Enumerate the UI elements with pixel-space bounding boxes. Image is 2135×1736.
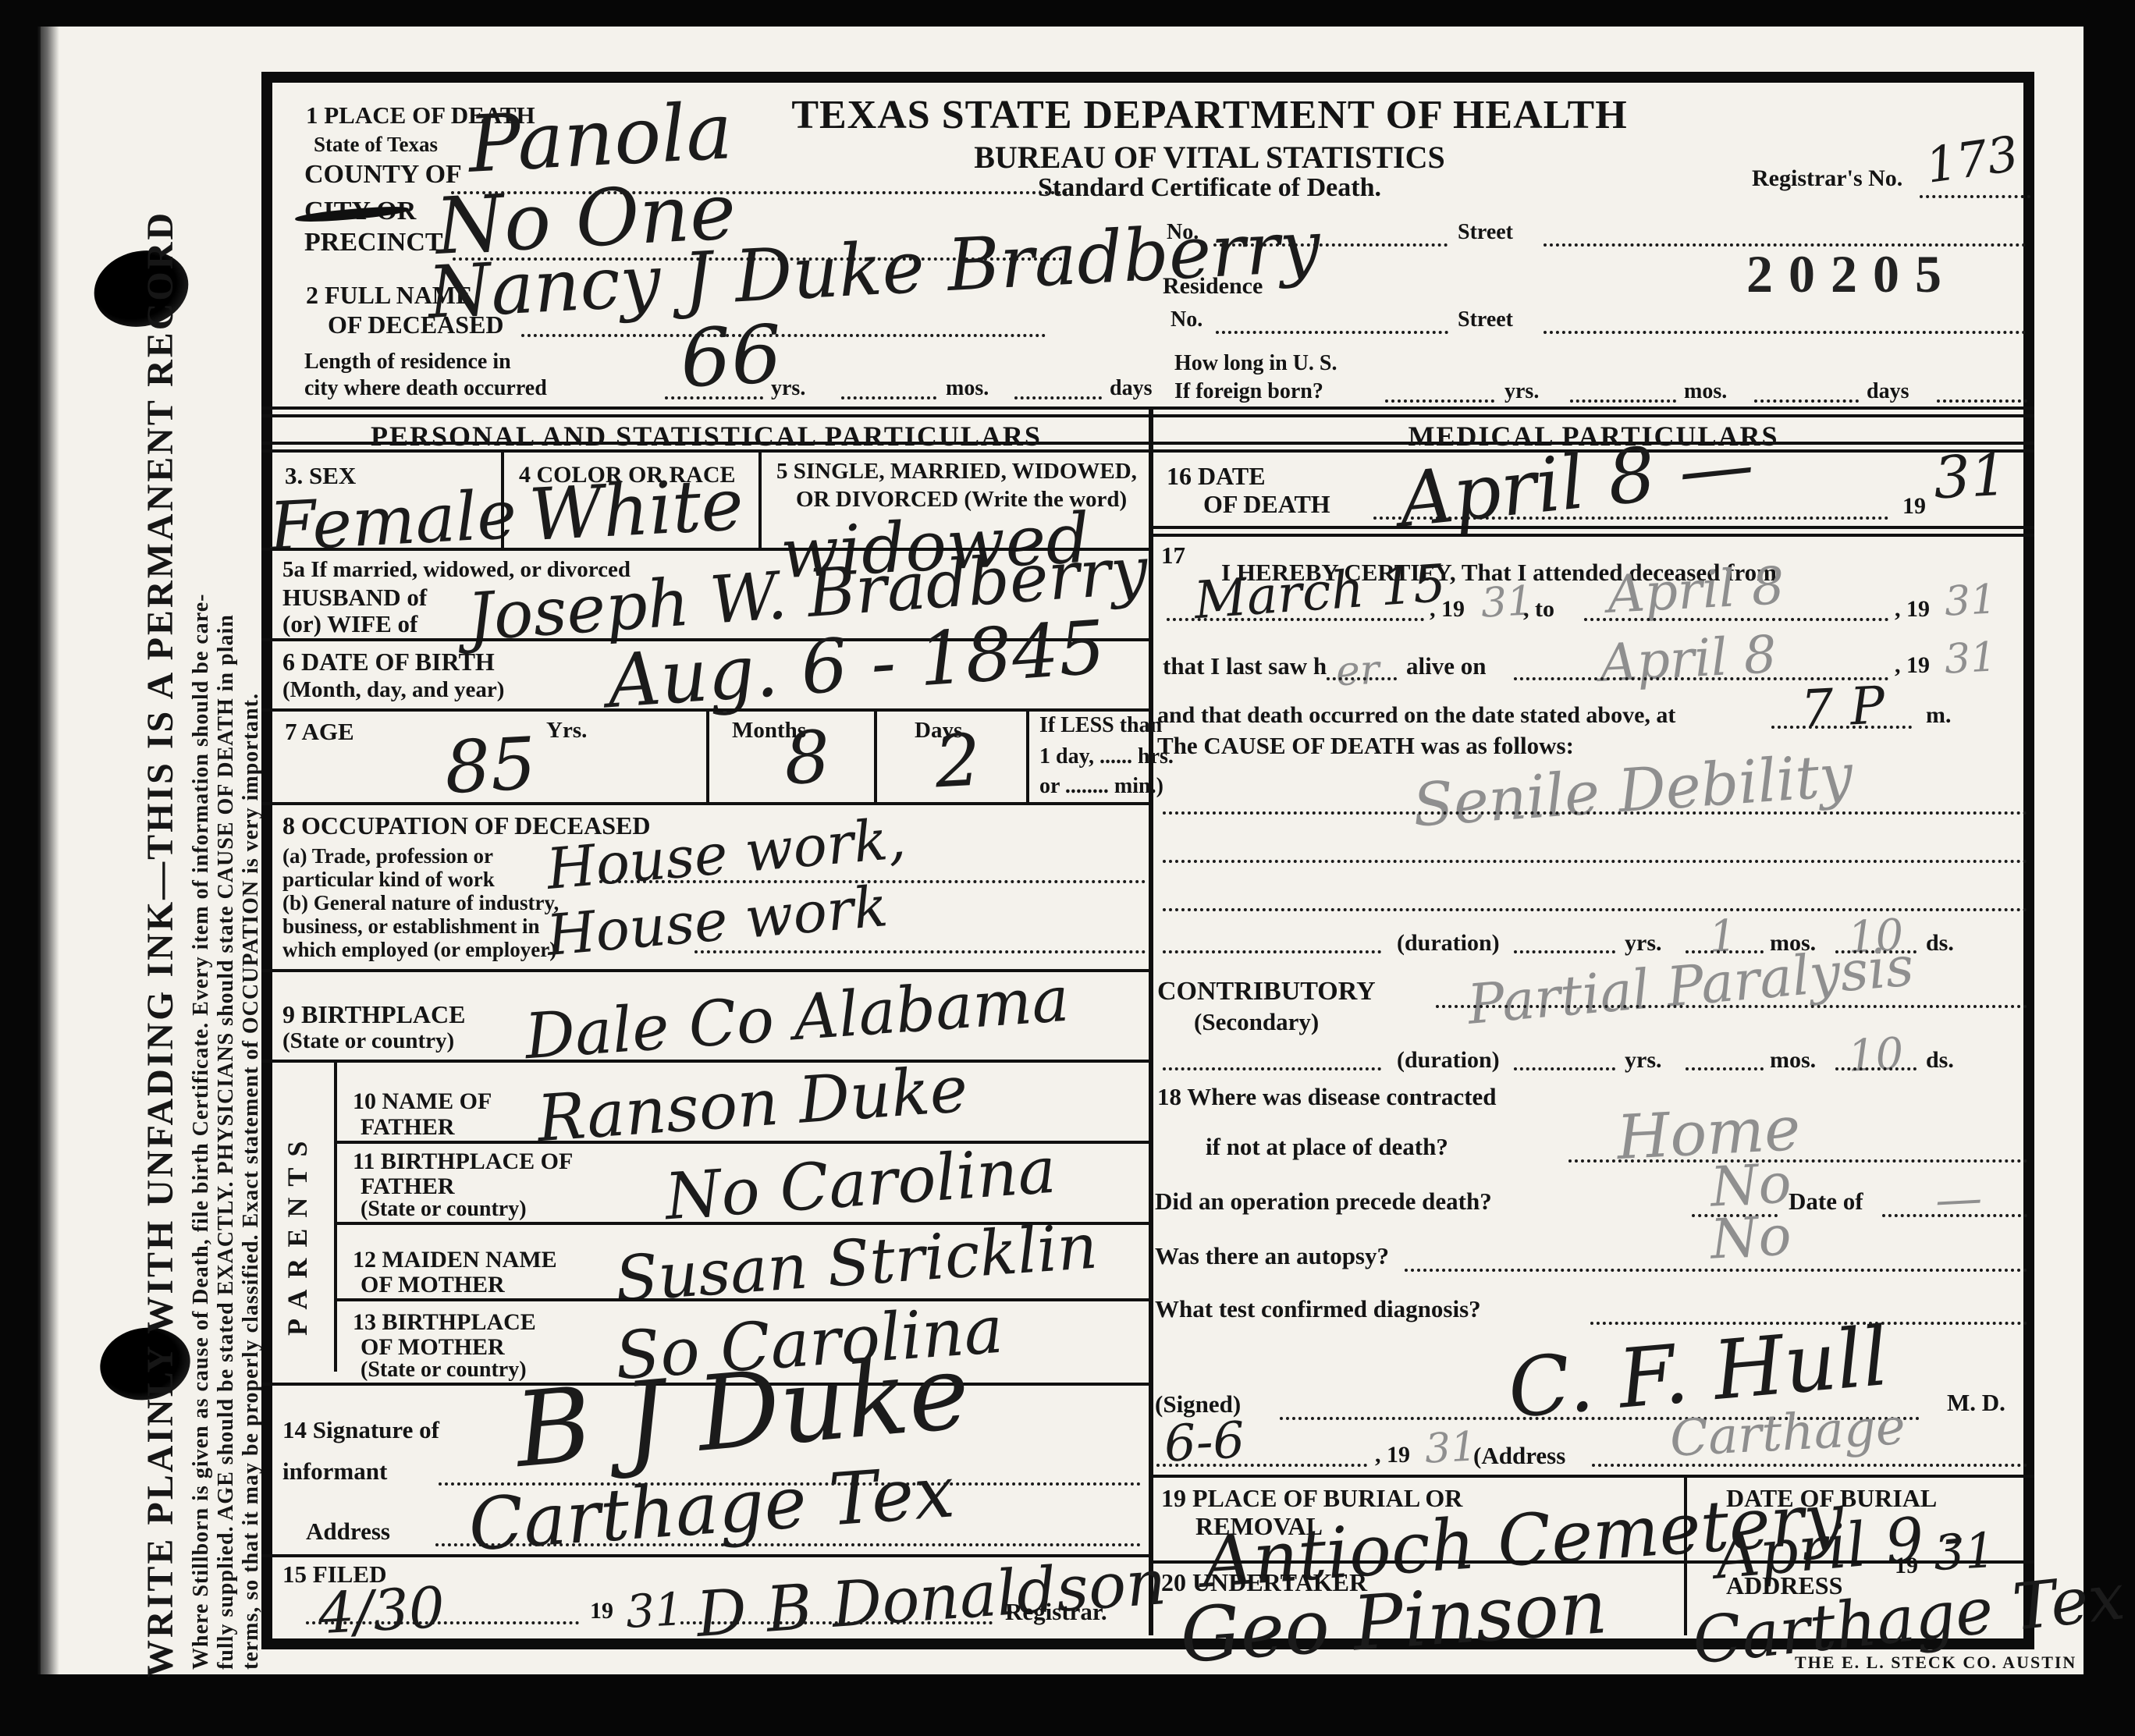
burial-year-value: 31 (1932, 1521, 1997, 1582)
date-of-death-label-1: 16 DATE (1167, 462, 1266, 491)
column-divider (1149, 406, 1153, 1635)
informant-label-2: informant (282, 1457, 387, 1486)
if-not-at-place-label: if not at place of death? (1206, 1133, 1448, 1161)
test-confirmed-label: What test confirmed diagnosis? (1155, 1295, 1481, 1323)
if-not-line (1568, 1159, 2027, 1163)
cell-rule (1026, 708, 1029, 802)
duration2-ds-value: 10 (1846, 1028, 1905, 1082)
certify-number-label: 17 (1161, 541, 1185, 570)
scanned-death-certificate: WRITE PLAINLY WITH UNFADING INK—THIS IS … (0, 0, 2135, 1736)
occupation-b-label-3: which employed (or employer) (282, 938, 556, 962)
occupation-b-line (694, 950, 1146, 953)
if-foreign-born-label: If foreign born? (1174, 379, 1323, 404)
margin-note-3: terms, so that it may be properly classi… (239, 693, 264, 1670)
informant-address-label: Address (306, 1518, 390, 1546)
signed-year-value: 31 (1423, 1423, 1477, 1472)
date-of-death-label-2: OF DEATH (1203, 490, 1330, 519)
death-time-line (1771, 726, 1912, 729)
autopsy-label: Was there an autopsy? (1155, 1242, 1389, 1270)
mother-birthplace-label-1: 13 BIRTHPLACE (353, 1309, 536, 1336)
us-days-end-line (1937, 399, 2027, 403)
occupation-b-label-1: (b) General nature of industry, (282, 891, 559, 915)
ifless-label-2: 1 day, ...... hrs. (1039, 744, 1174, 769)
street-label-2: Street (1458, 307, 1513, 332)
age-months-value: 8 (782, 715, 832, 801)
duration1-ds-label: ds. (1926, 930, 1954, 957)
informant-label-1: 14 Signature of (282, 1416, 439, 1444)
certificate-subtitle: Standard Certificate of Death. (780, 173, 1639, 203)
dod-year-value: 31 (1932, 442, 2009, 513)
parents-label: PARENTS (281, 1131, 314, 1336)
row-rule (261, 802, 1151, 805)
row-rule (1153, 1475, 2034, 1478)
operation-date-value: — (1934, 1170, 1984, 1227)
row-rule (1153, 534, 2034, 537)
signed-19-label: , 19 (1375, 1442, 1410, 1468)
row-rule (1153, 526, 2034, 529)
occupation-b-label-2: business, or establishment in (282, 914, 540, 939)
us-days-line (1754, 399, 1859, 403)
last-saw-date-value: April 8 (1598, 624, 1778, 694)
ifless-label-1: If LESS than (1039, 713, 1162, 738)
parents-strip-rule (334, 1060, 337, 1372)
filed-date-value: 4/30 (317, 1574, 446, 1646)
death-time-label: and that death occurred on the date stat… (1157, 702, 1675, 729)
last-saw-her-value: er (1334, 647, 1380, 696)
cause-of-death-label: The CAUSE OF DEATH was as follows: (1157, 732, 1574, 760)
age-yrs-label: Yrs. (546, 718, 587, 744)
attended-to-line (1584, 618, 1888, 621)
death-time-m-label: m. (1926, 702, 1952, 729)
husband-label-2: HUSBAND of (282, 584, 427, 612)
registrar-no-line (1920, 195, 2030, 198)
residence-mos-line (841, 396, 936, 399)
ifless-label-3: or ........ min.) (1039, 774, 1163, 799)
us-yrs-line (1385, 399, 1494, 403)
margin-note-1: Where Stillborn is given as cause of Dea… (189, 594, 214, 1670)
street-label-1: Street (1458, 220, 1513, 245)
sex-value: Female (268, 476, 519, 566)
mother-birthplace-label-3: (State or country) (361, 1358, 527, 1383)
registrar-no-label: Registrar's No. (1752, 165, 1902, 192)
from-19-label: , 19 (1430, 596, 1465, 623)
husband-label-3: (or) WIFE of (282, 610, 417, 638)
residence-days-label: days (1110, 376, 1152, 401)
autopsy-line (1405, 1269, 2027, 1272)
filed-line (306, 1621, 579, 1624)
race-value: White (527, 463, 745, 557)
duration2-mos-line (1686, 1067, 1764, 1070)
duration2-label: (duration) (1397, 1047, 1500, 1074)
us-mos-label: mos. (1684, 379, 1727, 404)
duration2-yrs-line (1514, 1067, 1615, 1070)
street-line-2 (1544, 331, 2026, 334)
filed-19-label: 19 (590, 1598, 613, 1624)
duration2-lead-line (1163, 1067, 1381, 1070)
father-name-label-1: 10 NAME OF (353, 1088, 492, 1115)
bureau-title: BUREAU OF VITAL STATISTICS (780, 139, 1639, 176)
cause-line-2 (1163, 860, 2027, 863)
marital-label-1: 5 SINGLE, MARRIED, WIDOWED, (776, 459, 1137, 485)
age-label: 7 AGE (285, 718, 354, 746)
contributory-label-2: (Secondary) (1194, 1008, 1319, 1036)
filed-year-value: 31 (624, 1582, 684, 1638)
physician-address-value: Carthage (1668, 1398, 1906, 1468)
md-label: M. D. (1947, 1389, 2005, 1417)
duration1-yrs-line (1514, 950, 1615, 953)
birthplace-label-1: 9 BIRTHPLACE (282, 1000, 465, 1029)
duration2-ds-line (1835, 1067, 1917, 1070)
lastsaw-19-label: , 19 (1895, 652, 1930, 679)
physician-address-line (1592, 1464, 2027, 1467)
certificate-stamp-number: 20205 (1746, 243, 1957, 305)
department-title: TEXAS STATE DEPARTMENT OF HEALTH (780, 92, 1639, 138)
last-saw-blank (1327, 677, 1397, 680)
lastsaw-year-value: 31 (1943, 634, 1997, 683)
mother-birthplace-label-2: OF MOTHER (361, 1334, 505, 1361)
date-of-operation-label: Date of (1789, 1188, 1863, 1216)
residence-mos-label: mos. (946, 376, 989, 401)
street-no-line-2 (1216, 331, 1448, 334)
to-label: , to (1523, 596, 1554, 623)
duration1-yrs-label: yrs. (1625, 930, 1662, 957)
operation-date-line (1882, 1214, 2027, 1217)
operation-label: Did an operation precede death? (1155, 1188, 1492, 1216)
registrar-signature-line (680, 1621, 993, 1624)
birthplace-label-2: (State or country) (282, 1028, 454, 1054)
signed-date-line (1156, 1464, 1367, 1467)
contributory-line (1436, 1005, 2027, 1008)
occupation-a-label-1: (a) Trade, profession or (282, 844, 493, 868)
residence-length-label-1: Length of residence in (304, 350, 511, 375)
dob-label-2: (Month, day, and year) (282, 677, 504, 703)
to-year-value: 31 (1943, 576, 1997, 625)
full-name-line (521, 334, 1046, 337)
father-birthplace-label-1: 11 BIRTHPLACE OF (353, 1148, 573, 1175)
father-name-label-2: FATHER (361, 1114, 455, 1141)
father-birthplace-label-2: FATHER (361, 1173, 455, 1200)
father-birthplace-label-3: (State or country) (361, 1197, 527, 1222)
age-days-value: 2 (933, 719, 982, 804)
us-days-label: days (1867, 379, 1909, 404)
last-saw-label-1: that I last saw h (1163, 652, 1327, 680)
duration2-ds-label: ds. (1926, 1047, 1954, 1074)
residence-days-line (1014, 396, 1102, 399)
street-no-label-2: No. (1171, 307, 1202, 332)
state-of-texas-label: State of Texas (314, 133, 438, 157)
to-19-label: , 19 (1895, 596, 1930, 623)
mother-name-label-2: OF MOTHER (361, 1272, 505, 1298)
burial-cell-rule (1684, 1475, 1687, 1635)
precinct-label: PRECINCT (304, 228, 443, 257)
divider-rule (261, 406, 2034, 410)
cell-rule (874, 708, 877, 802)
row-rule (334, 1298, 1151, 1301)
how-long-us-label: How long in U. S. (1174, 351, 1337, 376)
margin-headline: WRITE PLAINLY WITH UNFADING INK—THIS IS … (139, 211, 182, 1677)
us-yrs-label: yrs. (1504, 379, 1539, 404)
address-paren-label: (Address (1473, 1442, 1565, 1470)
attended-from-line (1167, 618, 1424, 621)
occupation-a-label-2: particular kind of work (282, 868, 495, 892)
disease-contracted-label: 18 Where was disease contracted (1157, 1083, 1497, 1111)
cell-rule (706, 708, 709, 802)
paper-torn-edge (37, 27, 59, 1674)
divider-rule (261, 414, 2034, 417)
personal-section-title: PERSONAL AND STATISTICAL PARTICULARS (261, 420, 1151, 453)
duration2-mos-label: mos. (1770, 1047, 1816, 1074)
autopsy-value: No (1709, 1203, 1793, 1271)
dod-19-label: 19 (1902, 493, 1926, 520)
duration1-label: (duration) (1397, 930, 1500, 957)
us-mos-line (1570, 399, 1676, 403)
residence-length-value: 66 (678, 308, 784, 406)
residence-length-label-2: city where death occurred (304, 376, 547, 401)
printer-credit: THE E. L. STECK CO. AUSTIN (1795, 1653, 2076, 1673)
death-time-value: 7 P (1799, 675, 1886, 740)
row-rule (261, 1060, 1151, 1063)
age-years-value: 85 (442, 722, 538, 810)
last-saw-label-2: alive on (1406, 652, 1486, 680)
burial-19-label: 19 (1895, 1553, 1918, 1579)
cause-line-1 (1163, 811, 2027, 815)
dob-label-1: 6 DATE OF BIRTH (282, 648, 495, 676)
duration2-yrs-label: yrs. (1625, 1047, 1662, 1074)
duration1-lead-line (1163, 950, 1381, 953)
attended-to-value: April 8 (1606, 556, 1785, 625)
contributory-label-1: CONTRIBUTORY (1157, 977, 1376, 1006)
mother-name-label-1: 12 MAIDEN NAME (353, 1247, 557, 1273)
cell-rule (501, 453, 504, 548)
cell-rule (758, 453, 762, 548)
registrar-title-label: Registrar. (1005, 1598, 1107, 1626)
margin-note-2: fully supplied. AGE should be stated EXA… (214, 614, 239, 1670)
